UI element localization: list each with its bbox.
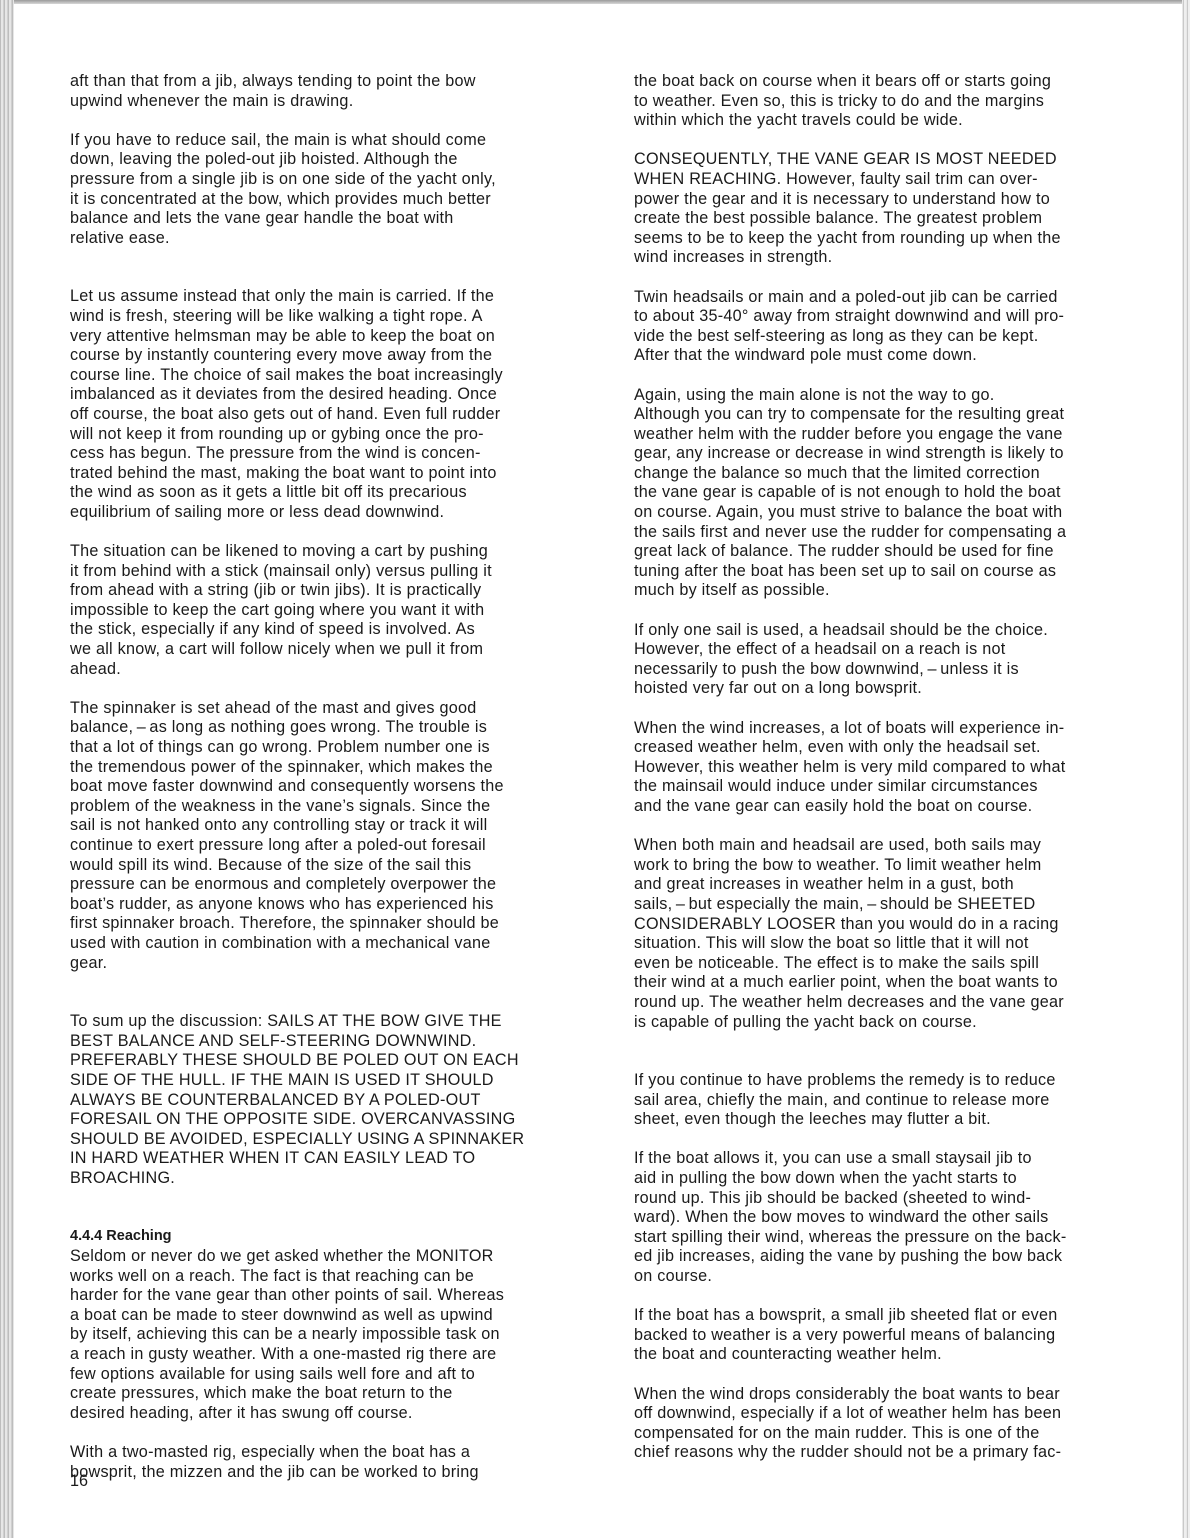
right-column: the boat back on course when it bears of… bbox=[634, 72, 1144, 1483]
text-line: If you continue to have problems the rem… bbox=[634, 1071, 1144, 1091]
paragraph: the boat back on course when it bears of… bbox=[634, 72, 1144, 131]
text-line: gear, any increase or decrease in wind s… bbox=[634, 444, 1144, 464]
page-number: 16 bbox=[70, 1472, 88, 1491]
text-line: sail area, chiefly the main, and continu… bbox=[634, 1091, 1144, 1111]
text-line: round up. The weather helm decreases and… bbox=[634, 993, 1144, 1013]
text-line: If the boat has a bowsprit, a small jib … bbox=[634, 1306, 1144, 1326]
text-line: When the wind increases, a lot of boats … bbox=[634, 719, 1144, 739]
text-line: After that the windward pole must come d… bbox=[634, 346, 1144, 366]
text-line: continue to exert pressure long after a … bbox=[70, 836, 580, 856]
text-line: even be noticeable. The effect is to mak… bbox=[634, 954, 1144, 974]
text-line: the boat and counteracting weather helm. bbox=[634, 1345, 1144, 1365]
text-line: to about 35-40° away from straight downw… bbox=[634, 307, 1144, 327]
text-line: on course. bbox=[634, 1267, 1144, 1287]
text-line: start spilling their wind, whereas the p… bbox=[634, 1228, 1144, 1248]
text-line: vide the best self-steering as long as t… bbox=[634, 327, 1144, 347]
text-line: very attentive helmsman may be able to k… bbox=[70, 327, 580, 347]
text-line: weather helm with the rudder before you … bbox=[634, 425, 1144, 445]
text-line: ahead. bbox=[70, 660, 580, 680]
text-line: change the balance so much that the limi… bbox=[634, 464, 1144, 484]
text-line: course by instantly countering every mov… bbox=[70, 346, 580, 366]
text-line: ed jib increases, aiding the vane by pus… bbox=[634, 1247, 1144, 1267]
paragraph: Twin headsails or main and a poled-out j… bbox=[634, 288, 1144, 366]
text-line: the vane gear is capable of is not enoug… bbox=[634, 483, 1144, 503]
text-line: the stick, especially if any kind of spe… bbox=[70, 620, 580, 640]
text-line: When the wind drops considerably the boa… bbox=[634, 1385, 1144, 1405]
text-line: gear. bbox=[70, 954, 580, 974]
text-line: creased weather helm, even with only the… bbox=[634, 738, 1144, 758]
text-line: With a two-masted rig, especially when t… bbox=[70, 1443, 580, 1463]
text-line: balance and lets the vane gear handle th… bbox=[70, 209, 580, 229]
text-line: used with caution in combination with a … bbox=[70, 934, 580, 954]
text-line: Twin headsails or main and a poled-out j… bbox=[634, 288, 1144, 308]
text-line: would spill its wind. Because of the siz… bbox=[70, 856, 580, 876]
text-line: their wind at a much earlier point, when… bbox=[634, 973, 1144, 993]
text-line: it is concentrated at the bow, which pro… bbox=[70, 190, 580, 210]
text-line: However, the effect of a headsail on a r… bbox=[634, 640, 1144, 660]
text-line: few options available for using sails we… bbox=[70, 1365, 580, 1385]
text-line: will not keep it from rounding up or gyb… bbox=[70, 425, 580, 445]
text-line: SHOULD BE AVOIDED, ESPECIALLY USING A SP… bbox=[70, 1130, 580, 1150]
scan-edge-right bbox=[1182, 0, 1190, 1538]
paragraph: CONSEQUENTLY, THE VANE GEAR IS MOST NEED… bbox=[634, 150, 1144, 268]
section-heading: 4.4.4 Reaching bbox=[70, 1227, 580, 1247]
text-line: WHEN REACHING. However, faulty sail trim… bbox=[634, 170, 1144, 190]
text-line: a reach in gusty weather. With a one-mas… bbox=[70, 1345, 580, 1365]
paragraph: When the wind increases, a lot of boats … bbox=[634, 719, 1144, 817]
text-line: necessarily to push the bow downwind, – … bbox=[634, 660, 1144, 680]
text-line: round up. This jib should be backed (she… bbox=[634, 1189, 1144, 1209]
text-line: equilibrium of sailing more or less dead… bbox=[70, 503, 580, 523]
text-line: great lack of balance. The rudder should… bbox=[634, 542, 1144, 562]
text-line: imbalanced as it deviates from the desir… bbox=[70, 385, 580, 405]
text-line: sheet, even though the leeches may flutt… bbox=[634, 1110, 1144, 1130]
text-line: aft than that from a jib, always tending… bbox=[70, 72, 580, 92]
text-line: is capable of pulling the yacht back on … bbox=[634, 1013, 1144, 1033]
text-line: Again, using the main alone is not the w… bbox=[634, 386, 1144, 406]
paragraph: Again, using the main alone is not the w… bbox=[634, 386, 1144, 602]
text-line: seems to be to keep the yacht from round… bbox=[634, 229, 1144, 249]
text-line: BEST BALANCE AND SELF-STEERING DOWNWIND. bbox=[70, 1032, 580, 1052]
text-line: upwind whenever the main is drawing. bbox=[70, 92, 580, 112]
text-line: wind increases in strength. bbox=[634, 248, 1144, 268]
text-line: work to bring the bow to weather. To lim… bbox=[634, 856, 1144, 876]
text-line: ward). When the bow moves to windward th… bbox=[634, 1208, 1144, 1228]
text-line: The spinnaker is set ahead of the mast a… bbox=[70, 699, 580, 719]
text-line: CONSIDERABLY LOOSER than you would do in… bbox=[634, 915, 1144, 935]
text-line: pressure from a single jib is on one sid… bbox=[70, 170, 580, 190]
scan-edge-top bbox=[0, 0, 1190, 4]
text-line: within which the yacht travels could be … bbox=[634, 111, 1144, 131]
text-line: wind is fresh, steering will be like wal… bbox=[70, 307, 580, 327]
text-line: FORESAIL ON THE OPPOSITE SIDE. OVERCANVA… bbox=[70, 1110, 580, 1130]
text-line: desired heading, after it has swung off … bbox=[70, 1404, 580, 1424]
text-line: PREFERABLY THESE SHOULD BE POLED OUT ON … bbox=[70, 1051, 580, 1071]
paragraph: Seldom or never do we get asked whether … bbox=[70, 1247, 580, 1423]
text-line: trated behind the mast, making the boat … bbox=[70, 464, 580, 484]
text-line: situation. This will slow the boat so li… bbox=[634, 934, 1144, 954]
paragraph: If the boat has a bowsprit, a small jib … bbox=[634, 1306, 1144, 1365]
text-line: pressure can be enormous and completely … bbox=[70, 875, 580, 895]
paragraph: If only one sail is used, a headsail sho… bbox=[634, 621, 1144, 699]
paragraph: When the wind drops considerably the boa… bbox=[634, 1385, 1144, 1463]
left-column: aft than that from a jib, always tending… bbox=[70, 72, 580, 1502]
text-line: aid in pulling the bow down when the yac… bbox=[634, 1169, 1144, 1189]
paragraph: The situation can be likened to moving a… bbox=[70, 542, 580, 679]
text-line: If you have to reduce sail, the main is … bbox=[70, 131, 580, 151]
scan-edge-left bbox=[0, 0, 14, 1538]
paragraph: If you continue to have problems the rem… bbox=[634, 1071, 1144, 1130]
text-line: a boat can be made to steer downwind as … bbox=[70, 1306, 580, 1326]
text-line: harder for the vane gear than other poin… bbox=[70, 1286, 580, 1306]
text-line: bowsprit, the mizzen and the jib can be … bbox=[70, 1463, 580, 1483]
text-line: To sum up the discussion: SAILS AT THE B… bbox=[70, 1012, 580, 1032]
text-line: compensated for on the main rudder. This… bbox=[634, 1424, 1144, 1444]
text-line: sail is not hanked onto any controlling … bbox=[70, 816, 580, 836]
text-line: boat’s rudder, as anyone knows who has e… bbox=[70, 895, 580, 915]
text-line: Although you can try to compensate for t… bbox=[634, 405, 1144, 425]
text-line: and the vane gear can easily hold the bo… bbox=[634, 797, 1144, 817]
text-line: SIDE OF THE HULL. IF THE MAIN IS USED IT… bbox=[70, 1071, 580, 1091]
text-line: sails, – but especially the main, – shou… bbox=[634, 895, 1144, 915]
text-line: course line. The choice of sail makes th… bbox=[70, 366, 580, 386]
text-line: ALWAYS BE COUNTERBALANCED BY A POLED-OUT bbox=[70, 1091, 580, 1111]
text-line: the tremendous power of the spinnaker, w… bbox=[70, 758, 580, 778]
text-line: BROACHING. bbox=[70, 1169, 580, 1189]
text-line: off downwind, especially if a lot of wea… bbox=[634, 1404, 1144, 1424]
text-line: backed to weather is a very powerful mea… bbox=[634, 1326, 1144, 1346]
paragraph: aft than that from a jib, always tending… bbox=[70, 72, 580, 111]
text-line: and great increases in weather helm in a… bbox=[634, 875, 1144, 895]
text-line: that a lot of things can go wrong. Probl… bbox=[70, 738, 580, 758]
text-line: boat move faster downwind and consequent… bbox=[70, 777, 580, 797]
text-line: problem of the weakness in the vane’s si… bbox=[70, 797, 580, 817]
text-line: it from behind with a stick (mainsail on… bbox=[70, 562, 580, 582]
text-line: off course, the boat also gets out of ha… bbox=[70, 405, 580, 425]
text-line: create the best possible balance. The gr… bbox=[634, 209, 1144, 229]
text-line: Seldom or never do we get asked whether … bbox=[70, 1247, 580, 1267]
text-line: If only one sail is used, a headsail sho… bbox=[634, 621, 1144, 641]
paragraph: If the boat allows it, you can use a sma… bbox=[634, 1149, 1144, 1286]
text-line: relative ease. bbox=[70, 229, 580, 249]
text-line: When both main and headsail are used, bo… bbox=[634, 836, 1144, 856]
text-line: from ahead with a string (jib or twin ji… bbox=[70, 581, 580, 601]
text-line: chief reasons why the rudder should not … bbox=[634, 1443, 1144, 1463]
paragraph: Let us assume instead that only the main… bbox=[70, 287, 580, 522]
text-line: much by itself as possible. bbox=[634, 581, 1144, 601]
text-line: the sails first and never use the rudder… bbox=[634, 523, 1144, 543]
text-line: IN HARD WEATHER WHEN IT CAN EASILY LEAD … bbox=[70, 1149, 580, 1169]
text-line: down, leaving the poled-out jib hoisted.… bbox=[70, 150, 580, 170]
text-line: If the boat allows it, you can use a sma… bbox=[634, 1149, 1144, 1169]
text-line: the mainsail would induce under similar … bbox=[634, 777, 1144, 797]
text-line: works well on a reach. The fact is that … bbox=[70, 1267, 580, 1287]
paragraph: With a two-masted rig, especially when t… bbox=[70, 1443, 580, 1482]
paragraph: The spinnaker is set ahead of the mast a… bbox=[70, 699, 580, 973]
paragraph: If you have to reduce sail, the main is … bbox=[70, 131, 580, 249]
text-line: the wind as soon as it gets a little bit… bbox=[70, 483, 580, 503]
text-line: tuning after the boat has been set up to… bbox=[634, 562, 1144, 582]
text-line: Let us assume instead that only the main… bbox=[70, 287, 580, 307]
text-line: by itself, achieving this can be a nearl… bbox=[70, 1325, 580, 1345]
text-line: on course. Again, you must strive to bal… bbox=[634, 503, 1144, 523]
text-line: we all know, a cart will follow nicely w… bbox=[70, 640, 580, 660]
text-line: balance, – as long as nothing goes wrong… bbox=[70, 718, 580, 738]
text-line: create pressures, which make the boat re… bbox=[70, 1384, 580, 1404]
text-line: cess has begun. The pressure from the wi… bbox=[70, 444, 580, 464]
text-line: However, this weather helm is very mild … bbox=[634, 758, 1144, 778]
paragraph: When both main and headsail are used, bo… bbox=[634, 836, 1144, 1032]
text-line: power the gear and it is necessary to un… bbox=[634, 190, 1144, 210]
text-line: The situation can be likened to moving a… bbox=[70, 542, 580, 562]
text-line: first spinnaker broach. Therefore, the s… bbox=[70, 914, 580, 934]
text-line: CONSEQUENTLY, THE VANE GEAR IS MOST NEED… bbox=[634, 150, 1144, 170]
paragraph: To sum up the discussion: SAILS AT THE B… bbox=[70, 1012, 580, 1188]
text-line: to weather. Even so, this is tricky to d… bbox=[634, 92, 1144, 112]
text-line: impossible to keep the cart going where … bbox=[70, 601, 580, 621]
text-line: hoisted very far out on a long bowsprit. bbox=[634, 679, 1144, 699]
text-line: the boat back on course when it bears of… bbox=[634, 72, 1144, 92]
